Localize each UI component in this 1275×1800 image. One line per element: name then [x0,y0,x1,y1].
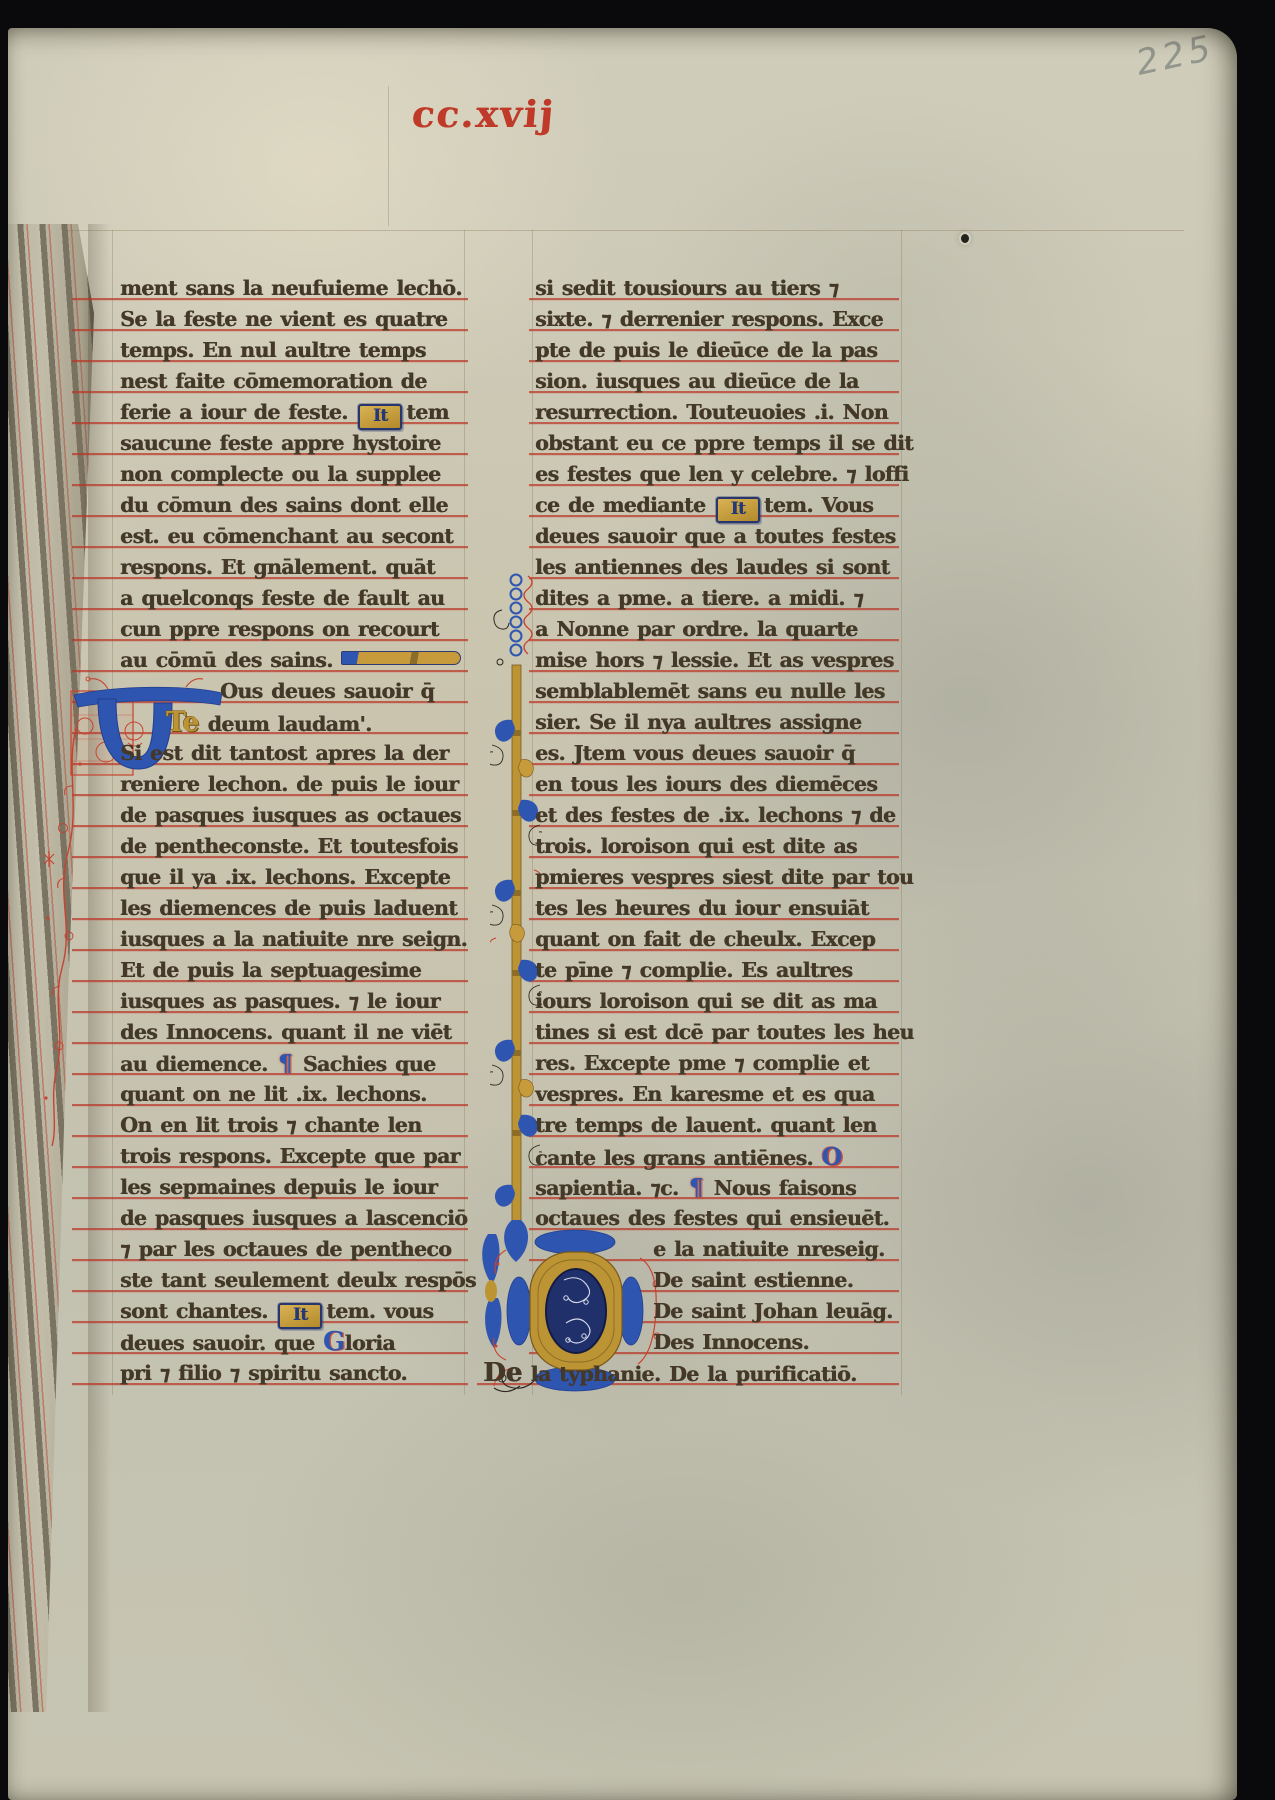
manuscript-text-line: ferie a iour de feste. Ittem [120,397,462,428]
text-run: es. Jtem vous deues sauoir q̄ [535,741,855,765]
manuscript-text-line: au diemence. ¶ Sachies que [120,1048,462,1079]
manuscript-text-line: cante les grans antiēnes. O [535,1141,887,1172]
manuscript-text-line: ce de mediante Ittem. Vous [535,490,887,521]
text-column-left: ment sans la neufuieme lechō.Se la feste… [120,273,462,1389]
manuscript-text-line: e la natiuite nreseig. [535,1234,887,1265]
manuscript-text-line: sier. Se il nya aultres assigne [535,707,887,738]
manuscript-text-line: est. eu cōmenchant au secont [120,521,462,552]
text-run: des Innocens. quant il ne viēt [120,1020,451,1044]
text-run: vespres. En karesme et es qua [535,1082,874,1106]
manuscript-text-line: pri ⁊ filio ⁊ spiritu sancto. [120,1358,462,1389]
manuscript-text-line: cun ppre respons on recourt [120,614,462,645]
manuscript-text-line: On en lit trois ⁊ chante len [120,1110,462,1141]
manuscript-text-line: les antiennes des laudes si sont [535,552,887,583]
manuscript-text-line: es. Jtem vous deues sauoir q̄ [535,738,887,769]
gold-initial-box: It [358,404,402,430]
manuscript-text-line: saucune feste appre hystoire [120,428,462,459]
manuscript-text-line: Et de puis la septuagesime [120,955,462,986]
ruling-line-horizontal [66,230,1184,231]
manuscript-text-line: ste tant seulement deulx respōs [120,1265,462,1296]
text-run: ce de mediante [535,493,714,517]
manuscript-text-line: en tous les iours des diemēces [535,769,887,800]
gutter-crease-shadow [88,224,118,1712]
text-run: Nous faisons [705,1176,856,1200]
text-run: quant on fait de cheulx. Excep [535,927,875,951]
parchment-page: cc.xvij 225 ment sans la neufuieme lechō… [8,28,1237,1800]
text-run: tem [406,400,448,424]
text-column-right: si sedit tousiours au tiers ⁊sixte. ⁊ de… [535,273,887,1389]
manuscript-text-line: tre temps de lauent. quant len [535,1110,887,1141]
text-run: Si est dit tantost apres la der [120,741,449,765]
paraph-mark: ¶ [278,1050,292,1077]
manuscript-text-line: mise hors ⁊ lessie. Et as vespres [535,645,887,676]
manuscript-text-line: Ous deues sauoir q̄ [120,676,462,707]
text-run: sapientia. ⁊c. [535,1176,687,1200]
text-run: de pasques iusques as octaues [120,803,461,827]
manuscript-text-line: iusques as pasques. ⁊ le iour [120,986,462,1017]
manuscript-text-line: quant on fait de cheulx. Excep [535,924,887,955]
text-run: de pentheconste. Et toutesfois [120,834,458,858]
text-run: ste tant seulement deulx respōs [120,1268,476,1292]
text-run: nest faite cōmemoration de [120,369,427,393]
manuscript-text-line: deues sauoir que a toutes festes [535,521,887,552]
gold-initial-box: It [716,497,760,523]
manuscript-text-line: pte de puis le dieūce de la pas [535,335,887,366]
cadel-initial: De [483,1358,522,1388]
manuscript-text-line: nest faite cōmemoration de [120,366,462,397]
manuscript-text-line: De saint Johan leuāg. [535,1296,887,1327]
ruling-line-vertical [112,230,113,1395]
manuscript-text-line: res. Excepte pme ⁊ complie et [535,1048,887,1079]
text-run: pri ⁊ filio ⁊ spiritu sancto. [120,1361,407,1385]
manuscript-text-line: a quelconqs feste de fault au [120,583,462,614]
manuscript-text-line: du cōmun des sains dont elle [120,490,462,521]
text-run: que il ya .ix. lechons. Excepte [120,865,450,889]
line-filler-ornament [341,651,461,665]
manuscript-text-line: de pentheconste. Et toutesfois [120,831,462,862]
text-run: pte de puis le dieūce de la pas [535,338,877,362]
manuscript-text-line: tines si est dcē par toutes les heu [535,1017,887,1048]
text-run: mise hors ⁊ lessie. Et as vespres [535,648,894,672]
text-run: es festes que len y celebre. ⁊ loffi [535,462,908,486]
text-run: trois. loroison qui est dite as [535,834,857,858]
text-run: On en lit trois ⁊ chante len [120,1113,421,1137]
manuscript-text-line: les diemences de puis laduent [120,893,462,924]
manuscript-text-line: Te deum laudam'. [120,707,462,738]
manuscript-text-line: iours loroison qui se dit as ma [535,986,887,1017]
text-run: ment sans la neufuieme lechō. [120,276,462,300]
manuscript-text-line: dites a pme. a tiere. a midi. ⁊ [535,583,887,614]
text-run: pmieres vespres siest dite par tou [535,865,913,889]
manuscript-text-line: ⁊ par les octaues de pentheco [120,1234,462,1265]
text-run: cante les grans antiēnes. [535,1146,821,1170]
manuscript-text-line: te pīne ⁊ complie. Es aultres [535,955,887,986]
text-run: te pīne ⁊ complie. Es aultres [535,958,852,982]
manuscript-text-line: de pasques iusques a lascenciō [120,1203,462,1234]
text-run: Et de puis la septuagesime [120,958,421,982]
text-run: de pasques iusques a lascenciō [120,1206,467,1230]
text-run: De saint estienne. [653,1268,853,1292]
manuscript-text-line: obstant eu ce ppre temps il se dit [535,428,887,459]
text-run: obstant eu ce ppre temps il se dit [535,431,913,455]
text-run: sont chantes. [120,1299,276,1323]
manuscript-text-line: octaues des festes qui ensieuēt. [535,1203,887,1234]
text-run: temps. En nul aultre temps [120,338,426,362]
text-run: tem. Vous [764,493,873,517]
text-run: De saint Johan leuāg. [653,1299,893,1323]
text-run: saucune feste appre hystoire [120,431,441,455]
manuscript-photo: { "page": { "folio_number": "cc.xvij", "… [0,0,1275,1800]
manuscript-text-line: non complecte ou la supplee [120,459,462,490]
text-run: ⁊ par les octaues de pentheco [120,1237,451,1261]
text-run: en tous les iours des diemēces [535,772,877,796]
manuscript-text-line: ment sans la neufuieme lechō. [120,273,462,304]
manuscript-text-line: iusques a la natiuite nre seign. [120,924,462,955]
text-run: semblablemēt sans eu nulle les [535,679,885,703]
manuscript-text-line: sixte. ⁊ derrenier respons. Exce [535,304,887,335]
manuscript-text-line: sapientia. ⁊c. ¶ Nous faisons [535,1172,887,1203]
ruling-line-vertical [532,230,533,1395]
ruling-line-vertical [901,230,902,1395]
text-run: Sachies que [294,1052,435,1076]
text-run: et des festes de .ix. lechons ⁊ de [535,803,895,827]
text-run: trois respons. Excepte que par [120,1144,460,1168]
manuscript-text-line: De saint estienne. [535,1265,887,1296]
text-run: tem. vous [326,1299,433,1323]
text-run: les sepmaines depuis le iour [120,1175,437,1199]
text-run: non complecte ou la supplee [120,462,440,486]
folio-number: cc.xvij [410,92,557,136]
manuscript-text-line: pmieres vespres siest dite par tou [535,862,887,893]
pencil-foliation-number: 225 [1133,28,1218,84]
manuscript-text-line: sont chantes. Ittem. vous [120,1296,462,1327]
ruling-line-vertical [388,86,389,226]
text-run: Des Innocens. [653,1330,809,1354]
text-run: tre temps de lauent. quant len [535,1113,877,1137]
text-run: sion. iusques au dieūce de la [535,369,859,393]
text-run: iours loroison qui se dit as ma [535,989,877,1013]
text-run: deues sauoir. que [120,1331,323,1355]
manuscript-text-line: deues sauoir. que Gloria [120,1327,462,1358]
manuscript-text-line: que il ya .ix. lechons. Excepte [120,862,462,893]
text-run: sixte. ⁊ derrenier respons. Exce [535,307,883,331]
manuscript-text-line: les sepmaines depuis le iour [120,1172,462,1203]
manuscript-text-line: trois. loroison qui est dite as [535,831,887,862]
text-run: iusques a la natiuite nre seign. [120,927,467,951]
manuscript-text-line: temps. En nul aultre temps [120,335,462,366]
text-run: a quelconqs feste de fault au [120,586,444,610]
manuscript-text-line: tes les heures du iour ensuiāt [535,893,887,924]
manuscript-text-line: es festes que len y celebre. ⁊ loffi [535,459,887,490]
gold-initial: Te [166,707,199,738]
text-run: sier. Se il nya aultres assigne [535,710,861,734]
manuscript-text-line: De la typhanie. De la purificatiō. [483,1358,887,1389]
manuscript-text-line: de pasques iusques as octaues [120,800,462,831]
text-run: reniere lechon. de puis le iour [120,772,458,796]
manuscript-text-line: des Innocens. quant il ne viēt [120,1017,462,1048]
manuscript-text-line: vespres. En karesme et es qua [535,1079,887,1110]
text-run: res. Excepte pme ⁊ complie et [535,1051,869,1075]
gold-initial-box: It [278,1303,322,1329]
blue-initial: G [323,1327,345,1357]
manuscript-text-line: au cōmū des sains. [120,645,462,676]
text-run: tes les heures du iour ensuiāt [535,896,869,920]
text-run: ferie a iour de feste. [120,400,356,424]
text-run: e la natiuite nreseig. [653,1237,885,1261]
parchment-hole [961,234,969,243]
text-run: deum laudam'. [199,712,372,736]
text-run: a Nonne par ordre. la quarte [535,617,858,641]
manuscript-text-line: si sedit tousiours au tiers ⁊ [535,273,887,304]
text-run: deues sauoir que a toutes festes [535,524,895,548]
text-run: au diemence. [120,1052,276,1076]
text-run: la typhanie. De la purificatiō. [522,1362,857,1386]
text-run: respons. Et gnālement. quāt [120,555,435,579]
text-run: tines si est dcē par toutes les heu [535,1020,914,1044]
manuscript-text-line: sion. iusques au dieūce de la [535,366,887,397]
text-run: si sedit tousiours au tiers ⁊ [535,276,838,300]
text-run: loria [345,1331,395,1355]
text-run: cun ppre respons on recourt [120,617,439,641]
text-run: est. eu cōmenchant au secont [120,524,453,548]
manuscript-text-line: Se la feste ne vient es quatre [120,304,462,335]
text-run: quant on ne lit .ix. lechons. [120,1082,427,1106]
manuscript-text-line: semblablemēt sans eu nulle les [535,676,887,707]
manuscript-text-line: respons. Et gnālement. quāt [120,552,462,583]
paraph-mark: ¶ [689,1174,703,1201]
text-run: les diemences de puis laduent [120,896,457,920]
text-run: Se la feste ne vient es quatre [120,307,447,331]
text-run: octaues des festes qui ensieuēt. [535,1206,889,1230]
text-run: iusques as pasques. ⁊ le iour [120,989,440,1013]
text-run: les antiennes des laudes si sont [535,555,889,579]
manuscript-text-line: resurrection. Touteuoies .i. Non [535,397,887,428]
manuscript-text-line: Si est dit tantost apres la der [120,738,462,769]
manuscript-text-line: Des Innocens. [535,1327,887,1358]
manuscript-text-line: a Nonne par ordre. la quarte [535,614,887,645]
text-run: resurrection. Touteuoies .i. Non [535,400,888,424]
manuscript-text-line: quant on ne lit .ix. lechons. [120,1079,462,1110]
manuscript-text-line: et des festes de .ix. lechons ⁊ de [535,800,887,831]
text-run: dites a pme. a tiere. a midi. ⁊ [535,586,863,610]
text-run: au cōmū des sains. [120,648,333,672]
previous-page-edge [8,224,94,1712]
red-blue-initial: O [821,1142,841,1171]
manuscript-text-line: trois respons. Excepte que par [120,1141,462,1172]
text-run: du cōmun des sains dont elle [120,493,448,517]
manuscript-text-line: reniere lechon. de puis le iour [120,769,462,800]
text-run: Ous deues sauoir q̄ [220,679,434,703]
